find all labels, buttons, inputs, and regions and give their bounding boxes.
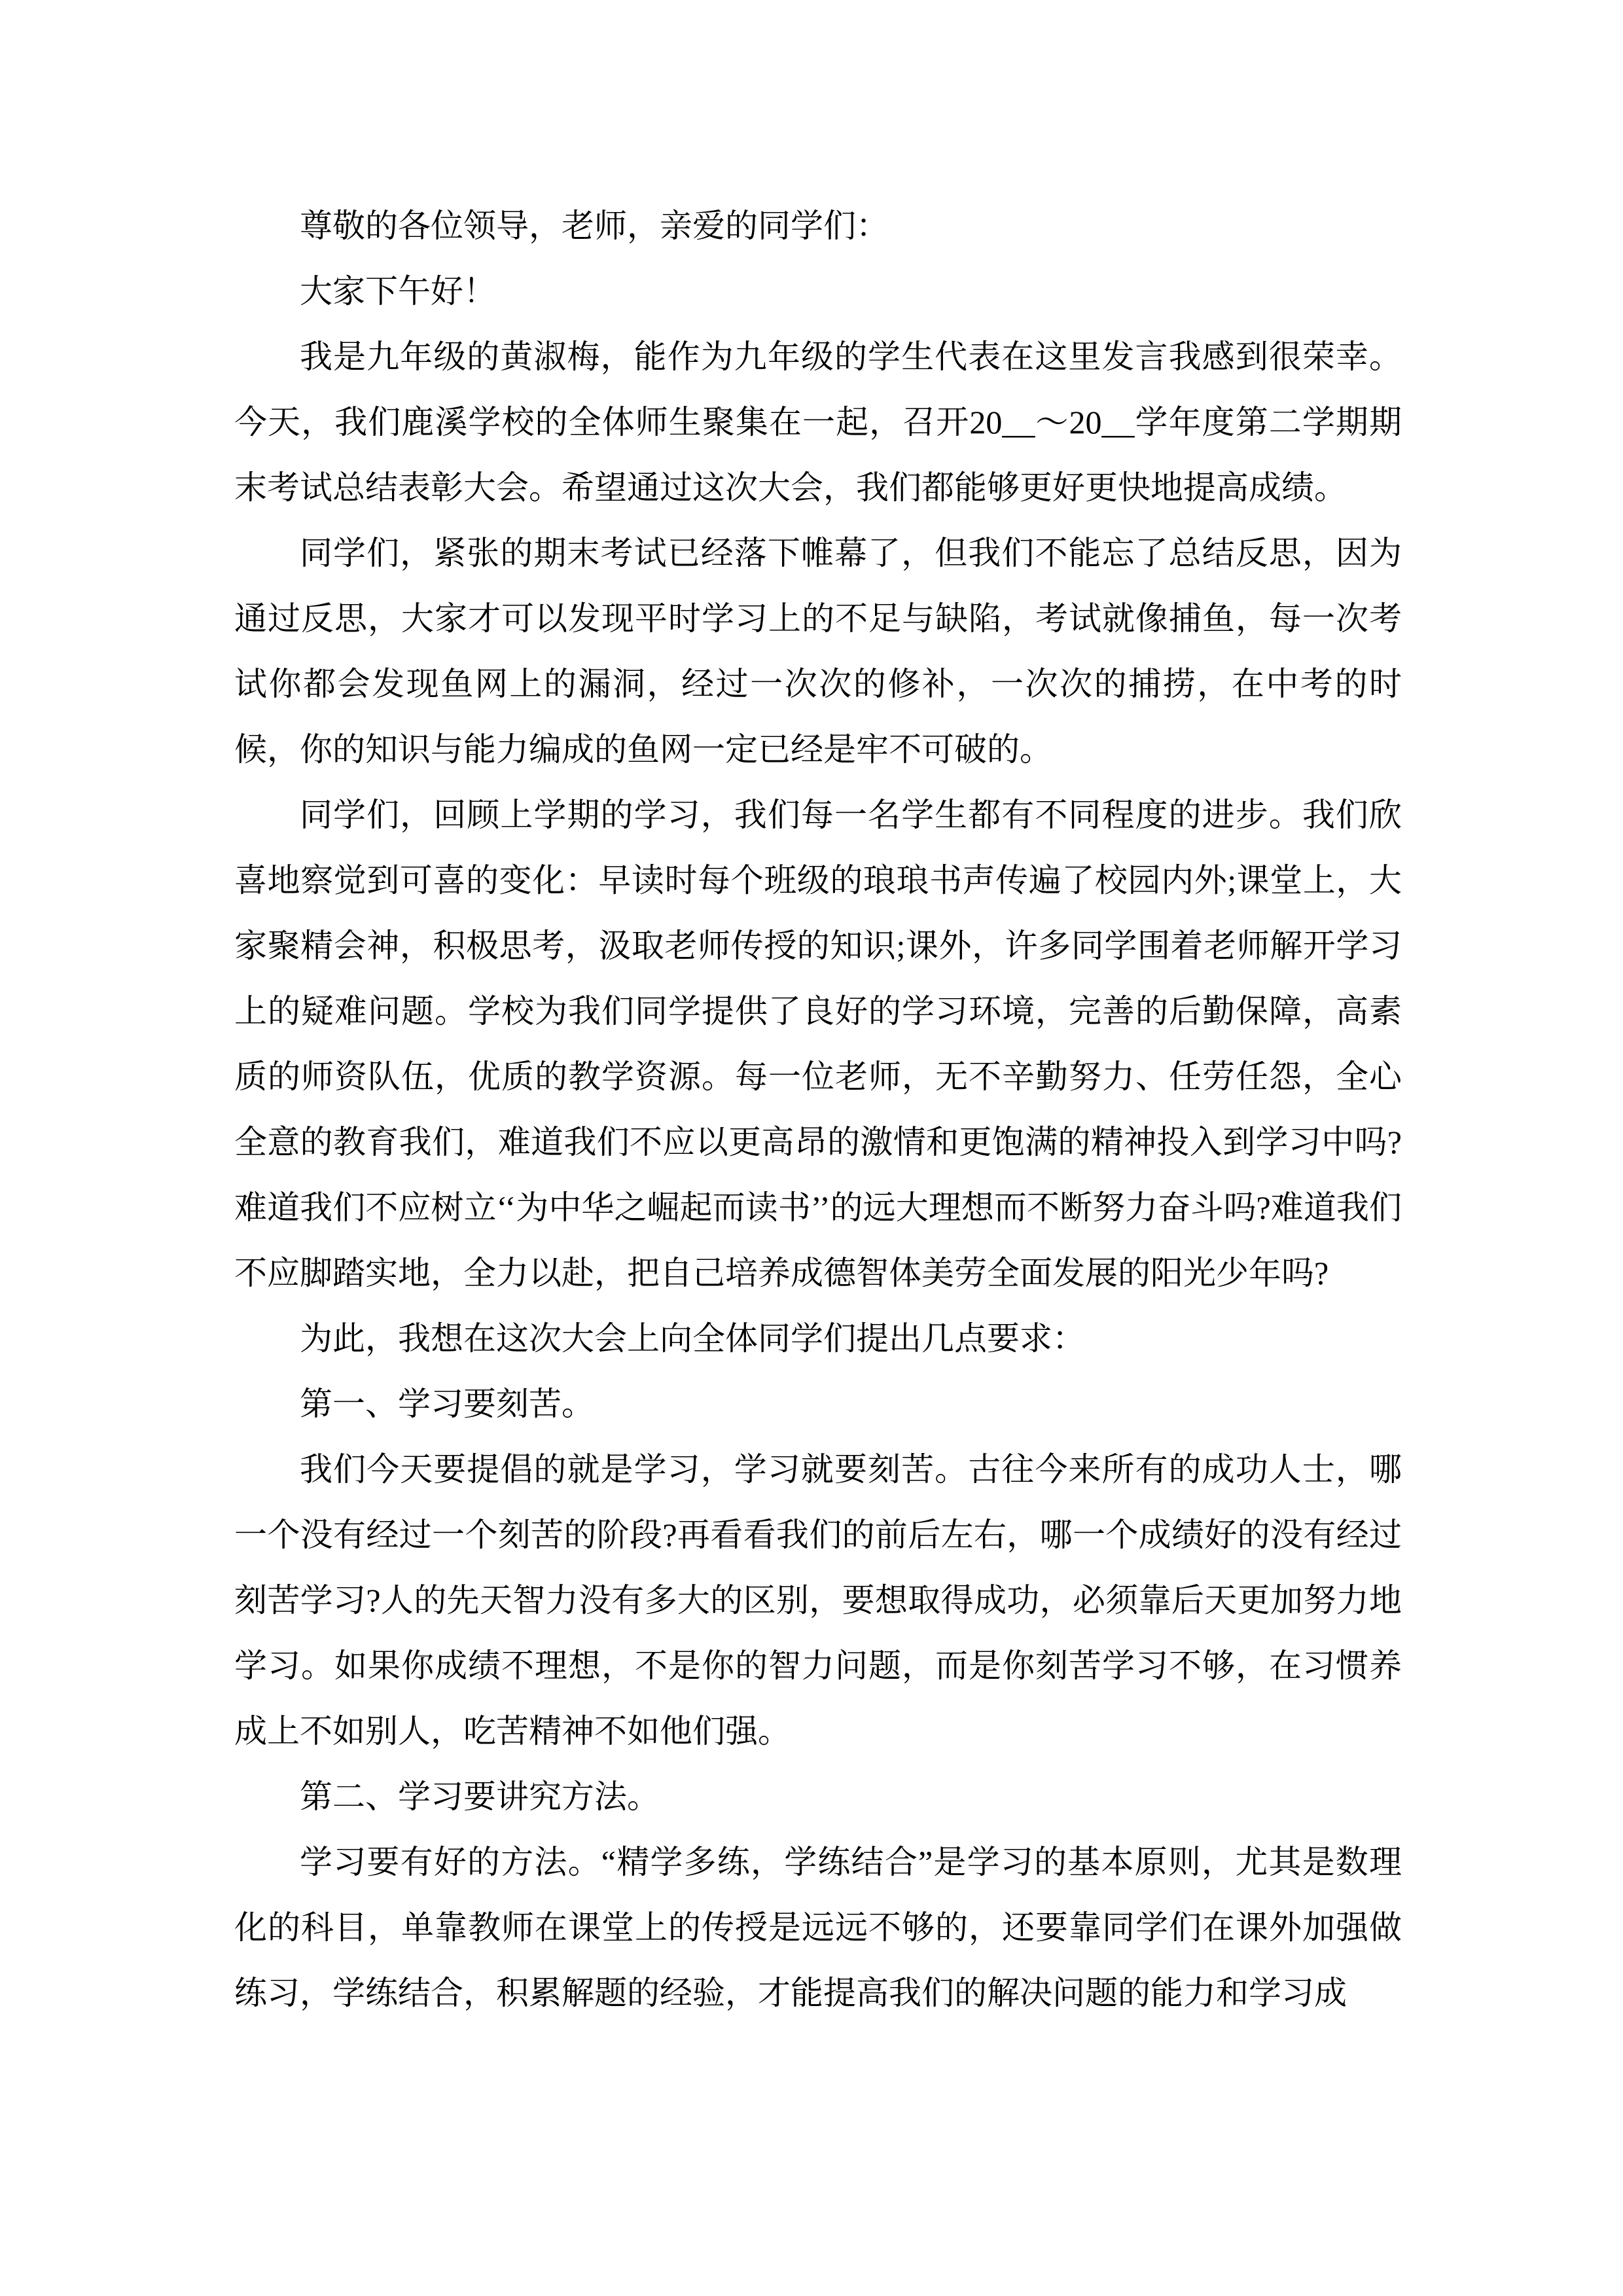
paragraph-greeting: 大家下午好！ bbox=[234, 259, 1402, 324]
paragraph-point-two-title: 第二、学习要讲究方法。 bbox=[234, 1764, 1402, 1829]
paragraph-point-one-title: 第一、学习要刻苦。 bbox=[234, 1371, 1402, 1437]
paragraph-progress-review: 同学们，回顾上学期的学习，我们每一名学生都有不同程度的进步。我们欣喜地察觉到可喜… bbox=[234, 782, 1402, 1306]
document-body: 尊敬的各位领导，老师，亲爱的同学们： 大家下午好！ 我是九年级的黄淑梅，能作为九… bbox=[234, 193, 1402, 2026]
paragraph-exam-reflection: 同学们，紧张的期末考试已经落下帷幕了，但我们不能忘了总结反思，因为通过反思，大家… bbox=[234, 520, 1402, 782]
paragraph-requirements-lead: 为此，我想在这次大会上向全体同学们提出几点要求： bbox=[234, 1306, 1402, 1371]
paragraph-introduction: 我是九年级的黄淑梅，能作为九年级的学生代表在这里发言我感到很荣幸。今天，我们鹿溪… bbox=[234, 324, 1402, 520]
paragraph-point-one-body: 我们今天要提倡的就是学习，学习就要刻苦。古往今来所有的成功人士，哪一个没有经过一… bbox=[234, 1437, 1402, 1764]
paragraph-salutation: 尊敬的各位领导，老师，亲爱的同学们： bbox=[234, 193, 1402, 259]
paragraph-point-two-body: 学习要有好的方法。“精学多练，学练结合”是学习的基本原则，尤其是数理化的科目，单… bbox=[234, 1829, 1402, 2026]
document-page: 尊敬的各位领导，老师，亲爱的同学们： 大家下午好！ 我是九年级的黄淑梅，能作为九… bbox=[0, 0, 1623, 2296]
